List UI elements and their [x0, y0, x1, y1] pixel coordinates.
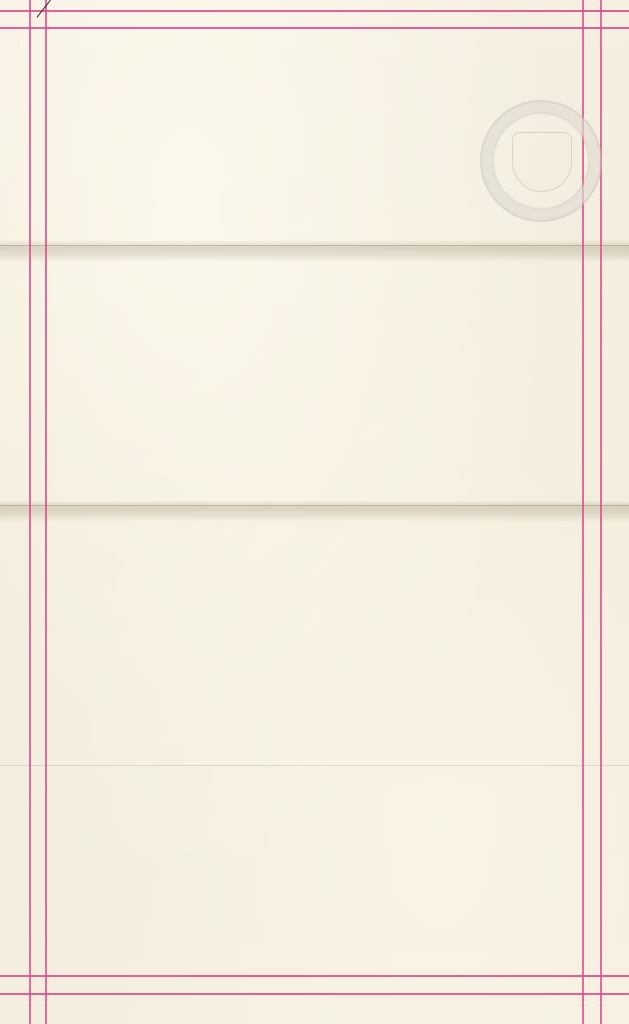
- rule-top-2: [0, 27, 629, 29]
- rule-bottom-1: [0, 975, 629, 977]
- rule-bottom-2: [0, 993, 629, 995]
- proviso-line-2: [62, 231, 560, 251]
- rule-left-1: [29, 0, 31, 1024]
- hold-line-2: [62, 129, 560, 149]
- proviso-heading-line: [62, 166, 560, 181]
- hold-line-1: [62, 107, 560, 122]
- fold-shadow-middle: [0, 500, 629, 522]
- fold-line-lower: [0, 765, 629, 766]
- fold-line-middle: [0, 505, 629, 506]
- together-line-1: [62, 46, 560, 61]
- rule-top-1: [0, 10, 629, 12]
- rule-left-2: [45, 0, 47, 1024]
